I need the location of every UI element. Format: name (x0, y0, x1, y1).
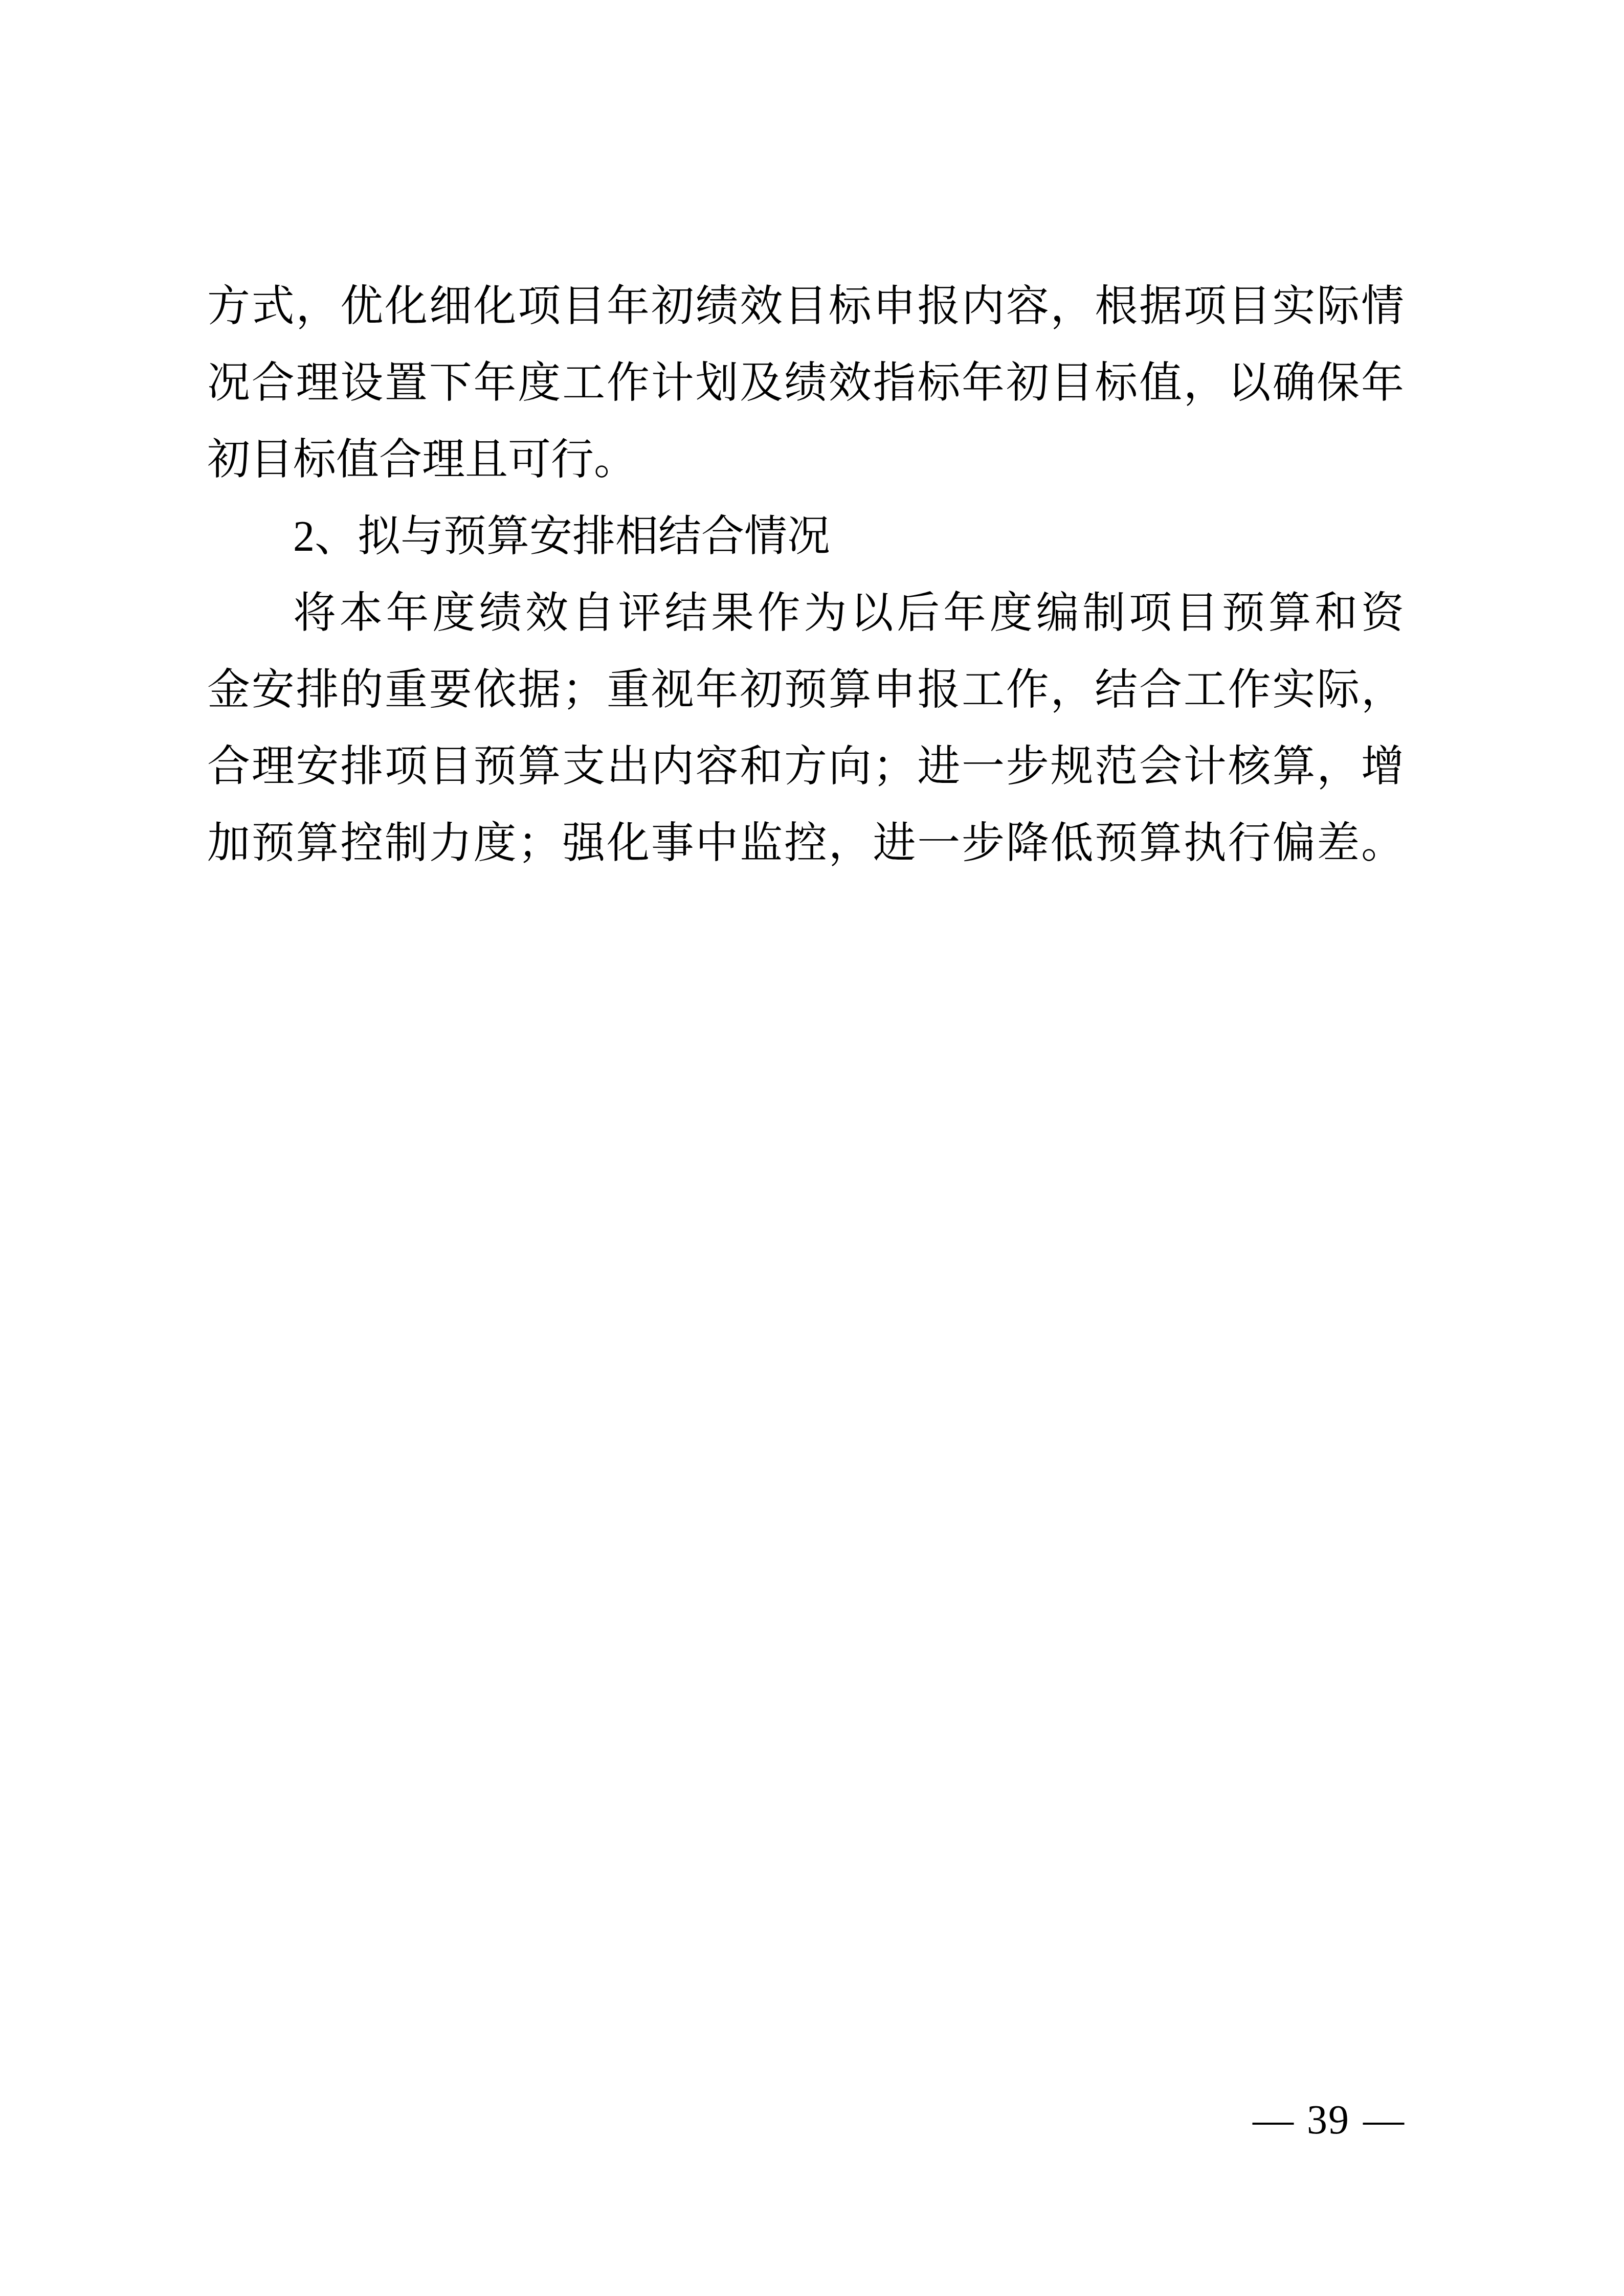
character: 作 (1228, 652, 1271, 729)
character: 会 (1139, 729, 1182, 805)
character: 目 (429, 729, 472, 805)
character: 方 (784, 729, 827, 805)
page-footer: — 39 — (1253, 2095, 1404, 2146)
character: 支 (562, 729, 605, 805)
character: 值 (1139, 345, 1182, 422)
character: 化 (607, 805, 650, 882)
character: ， (1361, 652, 1404, 729)
character: 据 (1139, 268, 1182, 345)
character: 向 (829, 729, 872, 805)
character: 范 (1095, 729, 1138, 805)
character: 理 (296, 345, 339, 422)
character: 合 (207, 729, 250, 805)
character: 内 (651, 729, 694, 805)
character: 及 (740, 345, 783, 422)
character: 效 (525, 575, 568, 652)
character: 结 (1095, 652, 1138, 729)
character: 绩 (695, 268, 738, 345)
character: 视 (651, 652, 694, 729)
character: ， (296, 268, 339, 345)
character: 情 (1361, 268, 1404, 345)
character: 标 (829, 268, 872, 345)
character: 出 (607, 729, 650, 805)
character: 下 (429, 345, 472, 422)
footer-dash-right: — (1363, 2095, 1404, 2146)
character: 的 (340, 652, 383, 729)
paragraph-line: 加预算控制力度；强化事中监控，进一步降低预算执行偏差。 (207, 805, 1404, 882)
character: 步 (962, 805, 1005, 882)
character: 标 (917, 345, 960, 422)
character: 设 (340, 345, 383, 422)
character: 报 (917, 268, 960, 345)
character: 差 (1317, 805, 1360, 882)
character: 安 (296, 729, 339, 805)
character: 项 (385, 729, 428, 805)
character: 目 (562, 268, 605, 345)
character: 为 (804, 575, 847, 652)
character: 自 (572, 575, 615, 652)
character: 年 (943, 575, 986, 652)
character: 排 (340, 729, 383, 805)
character: 安 (252, 652, 295, 729)
character: 目 (1051, 345, 1094, 422)
character: 年 (695, 652, 738, 729)
character: 低 (1051, 805, 1094, 882)
character: 初 (1006, 345, 1049, 422)
character: 际 (1317, 652, 1360, 729)
character: 预 (1222, 575, 1265, 652)
character: ； (518, 805, 561, 882)
character: 和 (1315, 575, 1358, 652)
character: ， (1051, 652, 1094, 729)
character: 作 (607, 345, 650, 422)
character: 力 (429, 805, 472, 882)
character: 内 (962, 268, 1005, 345)
character: 目 (1228, 268, 1271, 345)
character: 效 (740, 268, 783, 345)
character: 预 (1095, 805, 1138, 882)
character: 度 (990, 575, 1033, 652)
character: 一 (917, 805, 960, 882)
character: 资 (1361, 575, 1404, 652)
character: 评 (618, 575, 661, 652)
character: 况 (207, 345, 250, 422)
character: 算 (1139, 805, 1182, 882)
document-body: 方式，优化细化项目年初绩效目标申报内容，根据项目实际情况合理设置下年度工作计划及… (207, 268, 1404, 882)
character: ； (873, 729, 916, 805)
character: 度 (518, 345, 561, 422)
character: 中 (695, 805, 738, 882)
character: 编 (1036, 575, 1079, 652)
character: ， (1051, 268, 1094, 345)
paragraph-line: 金安排的重要依据；重视年初预算申报工作，结合工作实际， (207, 652, 1404, 729)
character: 算 (829, 652, 872, 729)
character: 一 (962, 729, 1005, 805)
character: 后 (897, 575, 940, 652)
character: 制 (385, 805, 428, 882)
character: 实 (1272, 652, 1315, 729)
character: 据 (518, 652, 561, 729)
character: 方 (207, 268, 250, 345)
character: 重 (607, 652, 650, 729)
character: 核 (1228, 729, 1271, 805)
character: 报 (917, 652, 960, 729)
character: 置 (385, 345, 428, 422)
character: 理 (252, 729, 295, 805)
character: 标 (1095, 345, 1138, 422)
character: 绩 (784, 345, 827, 422)
character: 年 (962, 345, 1005, 422)
character: 保 (1317, 345, 1360, 422)
paragraph-line: 合理安排项目预算支出内容和方向；进一步规范会计核算，增 (207, 729, 1404, 805)
character: ； (562, 652, 605, 729)
page-number: 39 (1307, 2095, 1350, 2146)
character: 加 (207, 805, 250, 882)
paragraph-line: 将本年度绩效自评结果作为以后年度编制项目预算和资 (207, 575, 1404, 652)
character: ， (1317, 729, 1360, 805)
character: 排 (296, 652, 339, 729)
character: 本 (340, 575, 383, 652)
character: 合 (1139, 652, 1182, 729)
footer-dash-left: — (1253, 2095, 1294, 2146)
character: 项 (518, 268, 561, 345)
section-heading-line: 2、拟与预算安排相结合情况 (207, 499, 1404, 575)
character: 结 (664, 575, 707, 652)
character: 行 (1228, 805, 1271, 882)
character: 年 (607, 268, 650, 345)
character: 工 (562, 345, 605, 422)
character: 根 (1095, 268, 1138, 345)
character: 以 (1228, 345, 1271, 422)
character: 预 (252, 805, 295, 882)
character: 绩 (479, 575, 522, 652)
character: 算 (1272, 729, 1315, 805)
character: 目 (784, 268, 827, 345)
character: 实 (1272, 268, 1315, 345)
character: 预 (474, 729, 517, 805)
character: 度 (432, 575, 475, 652)
character: 控 (340, 805, 383, 882)
character: 预 (784, 652, 827, 729)
character: 金 (207, 652, 250, 729)
character: 指 (873, 345, 916, 422)
paragraph-line: 方式，优化细化项目年初绩效目标申报内容，根据项目实际情 (207, 268, 1404, 345)
document-page: 方式，优化细化项目年初绩效目标申报内容，根据项目实际情况合理设置下年度工作计划及… (0, 0, 1624, 2296)
character: 效 (829, 345, 872, 422)
character: 度 (474, 805, 517, 882)
character: 监 (740, 805, 783, 882)
character: 容 (1006, 268, 1049, 345)
character: 年 (474, 345, 517, 422)
character: 工 (1184, 652, 1227, 729)
character: 合 (252, 345, 295, 422)
character: 际 (1317, 268, 1360, 345)
character: 年 (386, 575, 429, 652)
character: 优 (340, 268, 383, 345)
character: 进 (917, 729, 960, 805)
character: 确 (1272, 345, 1315, 422)
character: 划 (695, 345, 738, 422)
paragraph-line: 况合理设置下年度工作计划及绩效指标年初目标值，以确保年 (207, 345, 1404, 422)
character: 容 (695, 729, 738, 805)
character: 制 (1082, 575, 1125, 652)
character: 和 (740, 729, 783, 805)
character: 年 (1361, 345, 1404, 422)
character: 依 (474, 652, 517, 729)
character: 算 (1268, 575, 1311, 652)
character: 申 (873, 652, 916, 729)
character: 降 (1006, 805, 1049, 882)
character: 以 (850, 575, 893, 652)
character: 化 (474, 268, 517, 345)
character: 项 (1184, 268, 1227, 345)
character: 事 (651, 805, 694, 882)
character: 重 (385, 652, 428, 729)
character: 将 (293, 575, 336, 652)
character: 强 (562, 805, 605, 882)
character: 化 (385, 268, 428, 345)
character: 执 (1184, 805, 1227, 882)
character: 进 (873, 805, 916, 882)
character: 。 (1361, 805, 1404, 882)
character: 目 (1175, 575, 1218, 652)
character: 计 (651, 345, 694, 422)
character: 算 (296, 805, 339, 882)
character: ， (829, 805, 872, 882)
character: 规 (1051, 729, 1094, 805)
character: 作 (758, 575, 800, 652)
character: 初 (651, 268, 694, 345)
paragraph-line: 初目标值合理且可行。 (207, 422, 1404, 499)
character: 偏 (1272, 805, 1315, 882)
character: 计 (1184, 729, 1227, 805)
character: 申 (873, 268, 916, 345)
character: 增 (1361, 729, 1404, 805)
character: ， (1184, 345, 1227, 422)
character: 控 (784, 805, 827, 882)
character: 项 (1129, 575, 1172, 652)
character: 式 (252, 268, 295, 345)
character: 算 (518, 729, 561, 805)
character: 步 (1006, 729, 1049, 805)
character: 作 (1006, 652, 1049, 729)
character: 初 (740, 652, 783, 729)
character: 要 (429, 652, 472, 729)
character: 细 (429, 268, 472, 345)
character: 工 (962, 652, 1005, 729)
character: 果 (711, 575, 754, 652)
